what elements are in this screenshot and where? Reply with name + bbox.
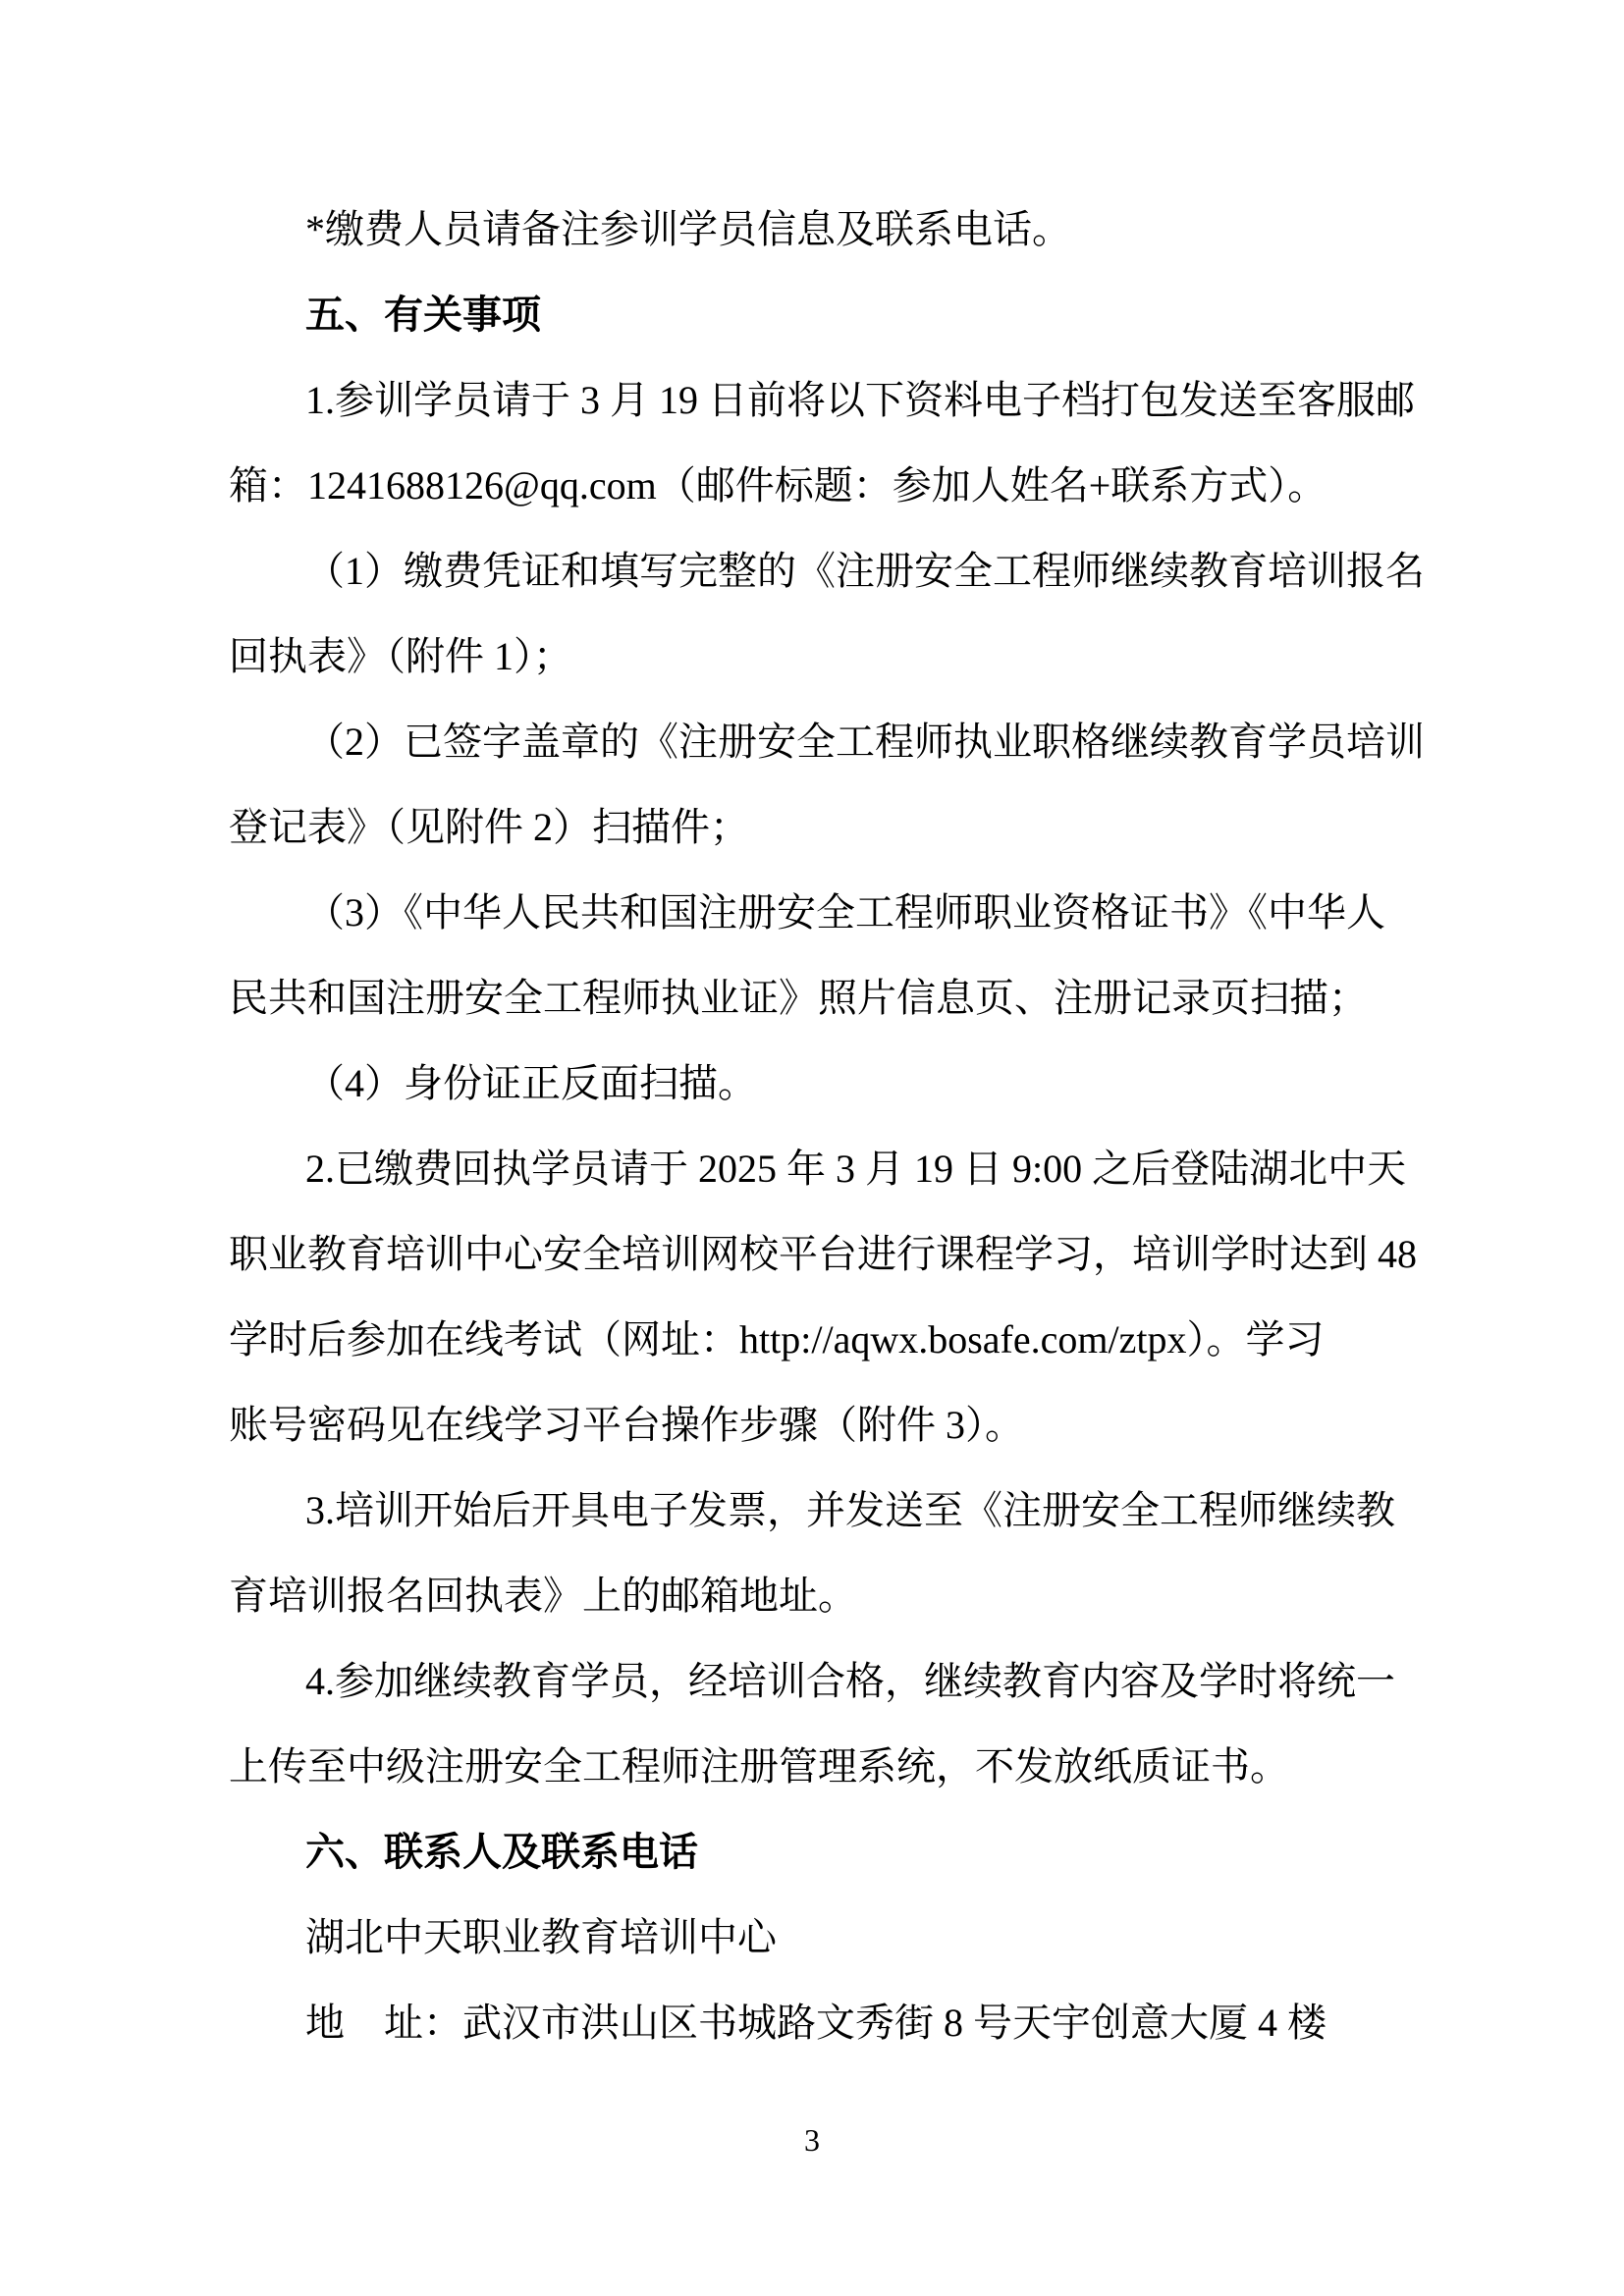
section-heading-6: 六、联系人及联系电话	[229, 1809, 1446, 1895]
item3-line1: 3.培训开始后开具电子发票，并发送至《注册安全工程师继续教	[229, 1468, 1446, 1553]
item1-sub1-line2: 回执表》（附件 1）；	[229, 614, 1446, 699]
contact-org-name: 湖北中天职业教育培训中心	[229, 1895, 1446, 1980]
item1-sub3-line1: （3）《中华人民共和国注册安全工程师职业资格证书》《中华人	[229, 870, 1446, 955]
item4-line1: 4.参加继续教育学员，经培训合格，继续教育内容及学时将统一	[229, 1638, 1446, 1724]
item1-sub1-line1: （1）缴费凭证和填写完整的《注册安全工程师继续教育培训报名	[229, 528, 1446, 614]
contact-address: 地 址：武汉市洪山区书城路文秀街 8 号天宇创意大厦 4 楼	[229, 1980, 1446, 2065]
item1-sub2-line1: （2）已签字盖章的《注册安全工程师执业职格继续教育学员培训	[229, 699, 1446, 784]
item1-sub4: （4）身份证正反面扫描。	[229, 1041, 1446, 1126]
item4-line2: 上传至中级注册安全工程师注册管理系统，不发放纸质证书。	[229, 1724, 1446, 1809]
document-body: *缴费人员请备注参训学员信息及联系电话。 五、有关事项 1.参训学员请于 3 月…	[229, 187, 1446, 2065]
item1-sub2-line2: 登记表》（见附件 2）扫描件；	[229, 784, 1446, 870]
item3-line2: 育培训报名回执表》上的邮箱地址。	[229, 1553, 1446, 1638]
payment-note: *缴费人员请备注参训学员信息及联系电话。	[229, 187, 1446, 272]
page-number: 3	[0, 2120, 1624, 2160]
document-page: *缴费人员请备注参训学员信息及联系电话。 五、有关事项 1.参训学员请于 3 月…	[0, 0, 1624, 2296]
item2-line1: 2.已缴费回执学员请于 2025 年 3 月 19 日 9:00 之后登陆湖北中…	[229, 1126, 1446, 1211]
item1-line1: 1.参训学员请于 3 月 19 日前将以下资料电子档打包发送至客服邮	[229, 357, 1446, 443]
section-heading-5: 五、有关事项	[229, 272, 1446, 357]
item1-line2-email: 箱：1241688126@qq.com（邮件标题：参加人姓名+联系方式）。	[229, 443, 1446, 528]
item2-line2: 职业教育培训中心安全培训网校平台进行课程学习，培训学时达到 48	[229, 1211, 1446, 1297]
item2-line4: 账号密码见在线学习平台操作步骤（附件 3）。	[229, 1382, 1446, 1468]
item1-sub3-line2: 民共和国注册安全工程师执业证》照片信息页、注册记录页扫描；	[229, 955, 1446, 1041]
item2-line3-url: 学时后参加在线考试（网址：http://aqwx.bosafe.com/ztpx…	[229, 1297, 1446, 1382]
